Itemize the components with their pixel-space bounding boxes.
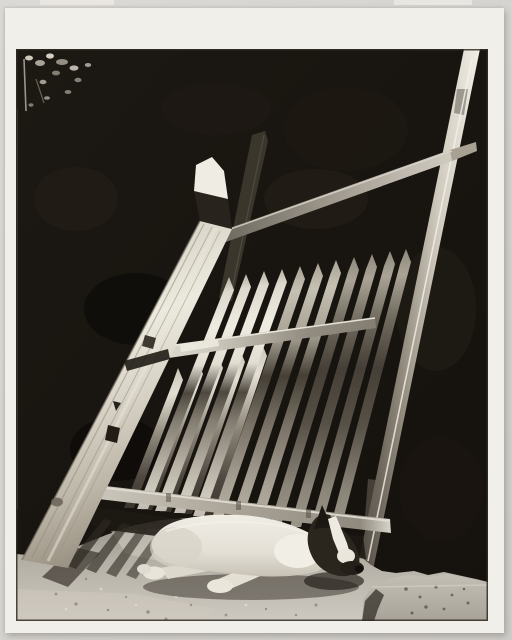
wood-knot bbox=[51, 498, 63, 507]
photograph bbox=[16, 49, 488, 621]
mat-seam-left bbox=[40, 0, 114, 5]
scanned-photo-print bbox=[0, 0, 512, 640]
dog-nose bbox=[355, 565, 364, 572]
mat-seam-right bbox=[394, 0, 472, 5]
